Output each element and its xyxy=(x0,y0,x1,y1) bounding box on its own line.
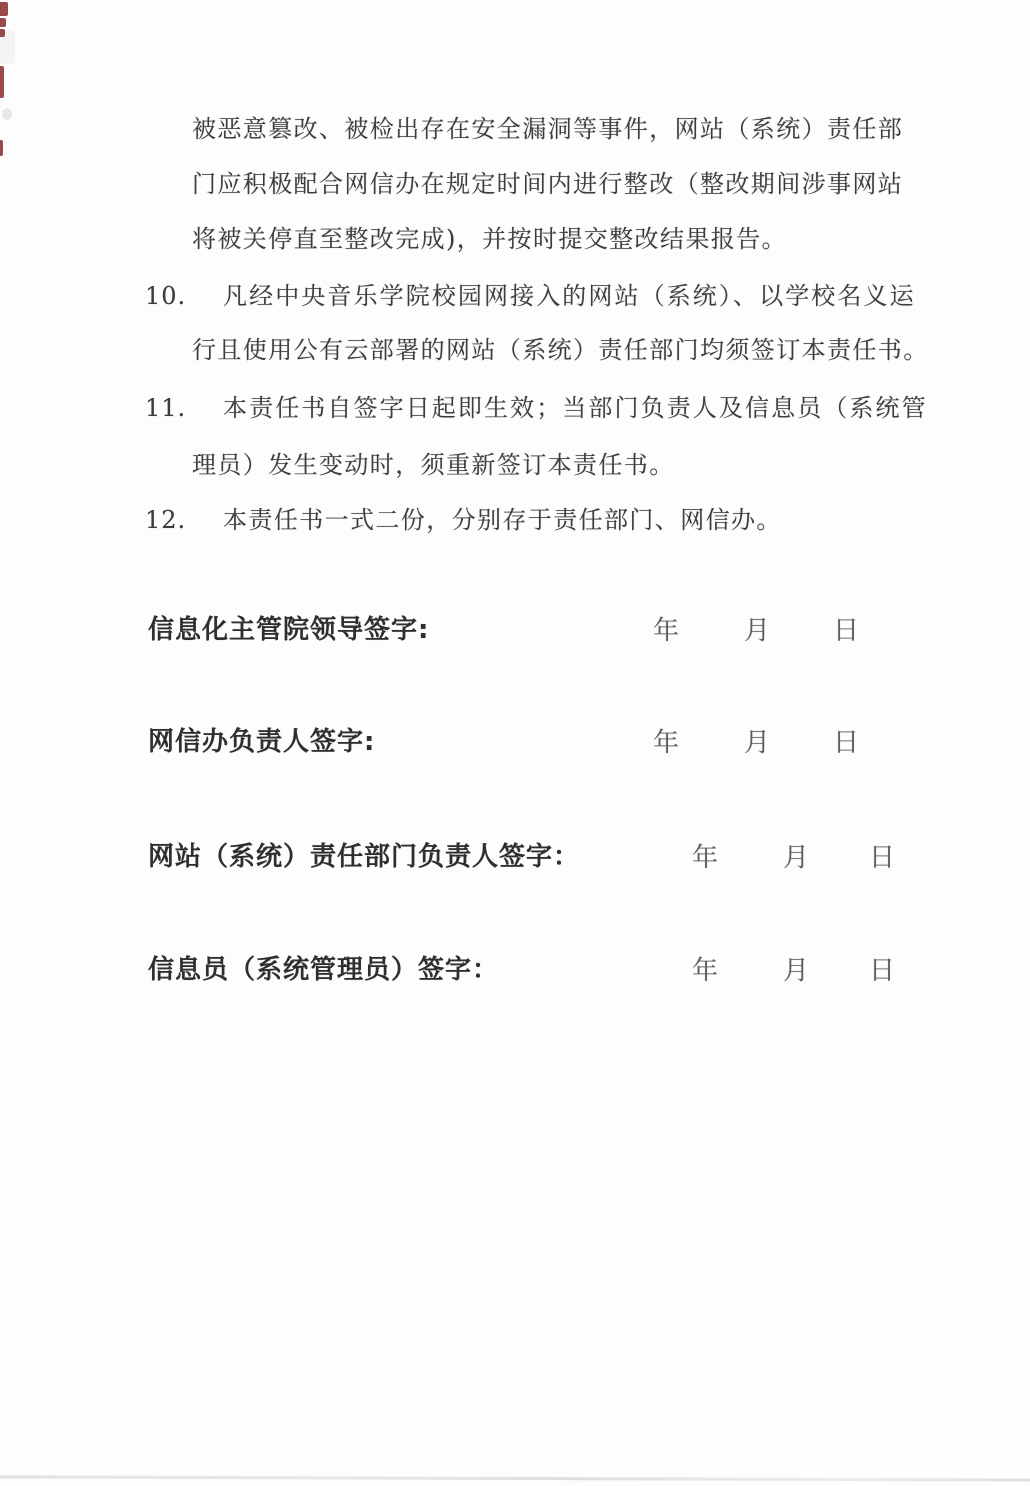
signature-row: 信息员（系统管理员）签字： 年 月 日 xyxy=(0,952,1030,992)
list-item-number: 10. xyxy=(145,279,186,313)
month-placeholder: 月 xyxy=(744,726,770,760)
paragraph-line: 门应积极配合网信办在规定时间内进行整改（整改期间涉事网站 xyxy=(192,167,903,201)
month-placeholder: 月 xyxy=(744,614,770,648)
scan-artifact-bottom-streak xyxy=(0,1475,1030,1481)
list-item-line: 本责任书自签字日起即生效；当部门负责人及信息员（系统管 xyxy=(223,391,928,425)
list-item-line: 行且使用公有云部署的网站（系统）责任部门均须签订本责任书。 xyxy=(192,333,929,367)
signature-label: 信息化主管院领导签字: xyxy=(148,612,429,648)
paragraph-line: 被恶意篡改、被检出存在安全漏洞等事件，网站（系统）责任部 xyxy=(192,112,903,146)
list-item-line: 理员）发生变动时，须重新签订本责任书。 xyxy=(192,448,675,482)
day-placeholder: 日 xyxy=(833,726,859,760)
signature-row: 网信办负责人签字: 年 月 日 xyxy=(0,724,1030,764)
scan-artifact-red-mark xyxy=(0,18,6,27)
list-item-line: 凡经中央音乐学院校园网接入的网站（系统）、以学校名义运 xyxy=(223,279,916,313)
signature-label: 网信办负责人签字: xyxy=(148,724,375,760)
scan-artifact-red-mark xyxy=(0,2,8,16)
list-item-number: 12. xyxy=(145,503,186,537)
day-placeholder: 日 xyxy=(833,614,859,648)
month-placeholder: 月 xyxy=(783,841,809,875)
day-placeholder: 日 xyxy=(869,954,895,988)
scan-artifact-red-mark xyxy=(0,140,3,156)
year-placeholder: 年 xyxy=(692,954,718,988)
signature-row: 信息化主管院领导签字: 年 月 日 xyxy=(0,612,1030,652)
year-placeholder: 年 xyxy=(653,614,679,648)
list-item-line: 本责任书一式二份，分别存于责任部门、网信办。 xyxy=(223,503,782,537)
scan-artifact-red-mark xyxy=(0,66,4,98)
year-placeholder: 年 xyxy=(653,726,679,760)
list-item-number: 11. xyxy=(145,391,186,425)
signature-label: 网站（系统）责任部门负责人签字： xyxy=(148,839,580,875)
scan-artifact-red-mark xyxy=(0,29,5,37)
signature-row: 网站（系统）责任部门负责人签字： 年 月 日 xyxy=(0,839,1030,879)
month-placeholder: 月 xyxy=(783,954,809,988)
scan-artifact-dot xyxy=(2,108,12,120)
day-placeholder: 日 xyxy=(869,841,895,875)
paragraph-line: 将被关停直至整改完成)，并按时提交整改结果报告。 xyxy=(192,222,787,256)
year-placeholder: 年 xyxy=(692,841,718,875)
signature-label: 信息员（系统管理员）签字： xyxy=(148,952,499,988)
document-page: 被恶意篡改、被检出存在安全漏洞等事件，网站（系统）责任部 门应积极配合网信办在规… xyxy=(0,0,1030,1486)
